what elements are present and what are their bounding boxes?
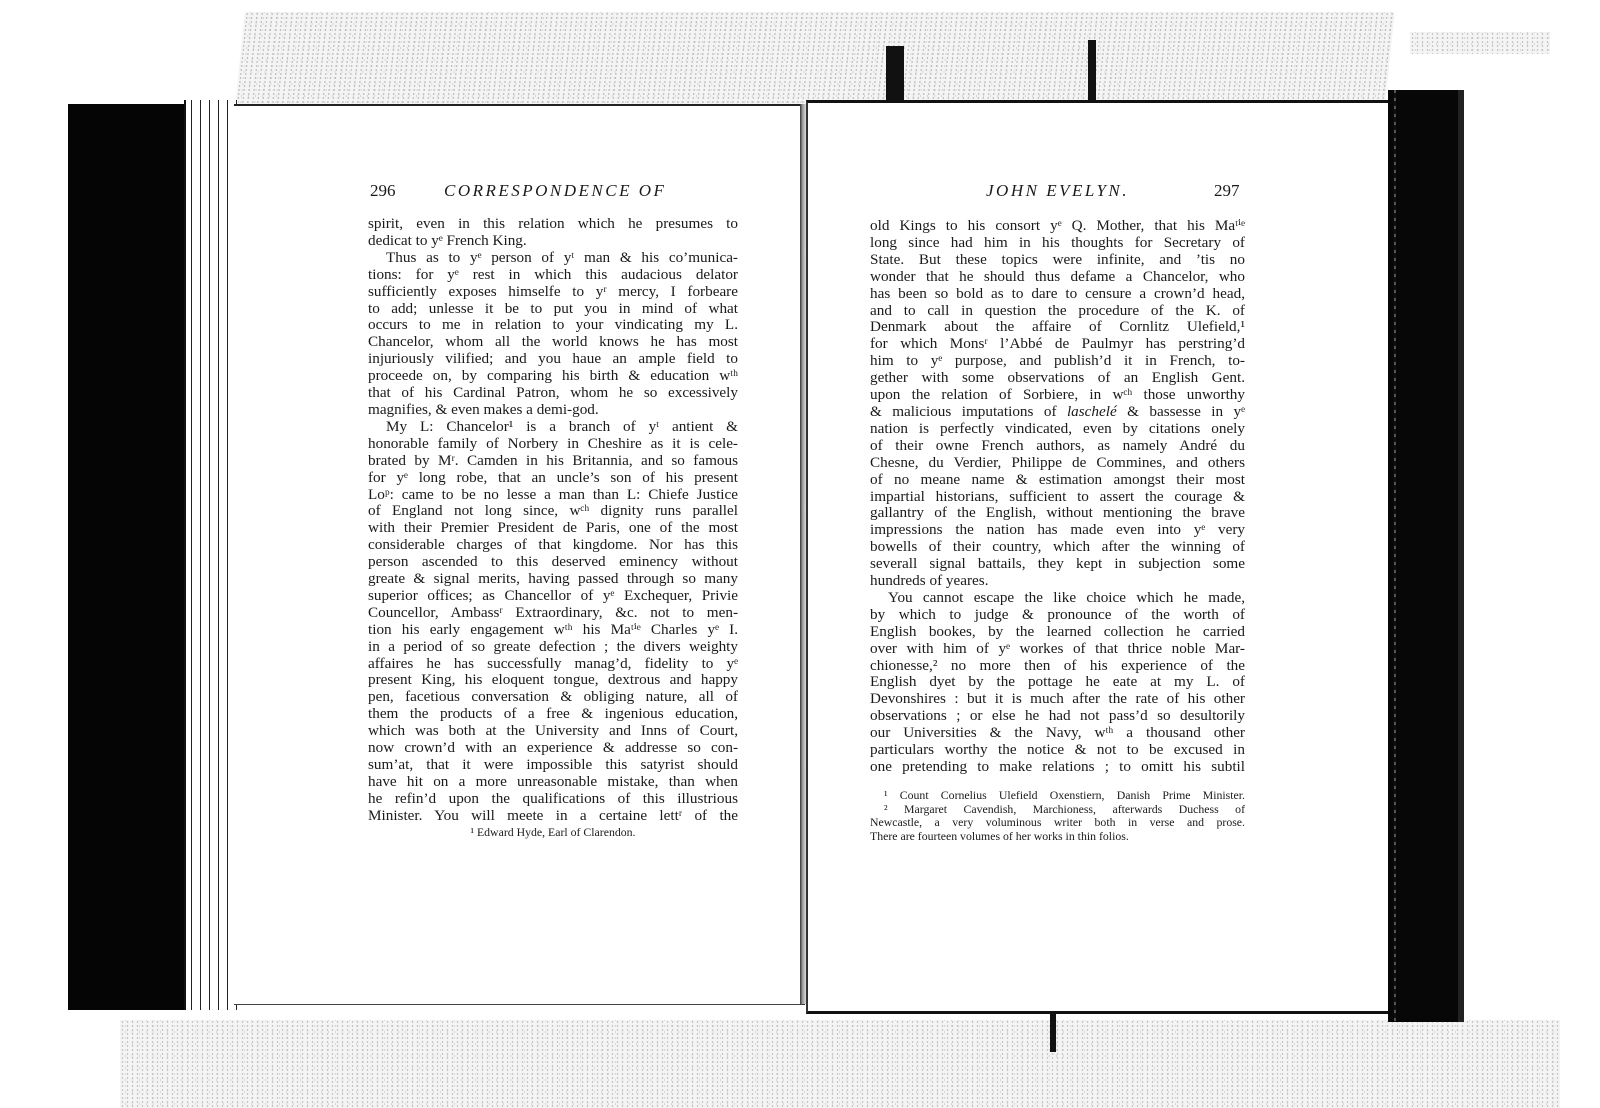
text-line: Thus as to yᵉ person of yᵗ man & his co’… bbox=[368, 250, 738, 267]
text-line: impartial historians, sufficient to asse… bbox=[870, 489, 1245, 506]
text-line: of their owne French authors, as namely … bbox=[870, 438, 1245, 455]
text-line: particulars worthy the notice & not to b… bbox=[870, 742, 1245, 759]
text-line: occurs to me in relation to your vindica… bbox=[368, 317, 738, 334]
text-line: in a period of so greate defection ; the… bbox=[368, 639, 738, 656]
text-line: by which to judge & pronounce of the wor… bbox=[870, 607, 1245, 624]
text-line: gallantry of the English, without mentio… bbox=[870, 505, 1245, 522]
text-line: affaires he has successfully manag’d, fi… bbox=[368, 656, 738, 673]
running-head-text: CORRESPONDENCE OF bbox=[444, 181, 666, 200]
text-line: of no meane name & estimation amongst th… bbox=[870, 472, 1245, 489]
text-line: chionesse,² no more then of his experien… bbox=[870, 658, 1245, 675]
text-line: bowells of their country, which after th… bbox=[870, 539, 1245, 556]
scan-background-top-right bbox=[1410, 32, 1550, 54]
text-line: severall signal battails, they kept in s… bbox=[870, 556, 1245, 573]
text-line: Loᵖ: came to be no lesse a man than L: C… bbox=[368, 487, 738, 504]
text-line: wonder that he should thus defame a Chan… bbox=[870, 269, 1245, 286]
text-line: tions: for yᵉ rest in which this audacio… bbox=[368, 267, 738, 284]
text-line: old Kings to his consort yᵉ Q. Mother, t… bbox=[870, 218, 1245, 235]
page-number-text: 297 bbox=[1214, 181, 1240, 200]
footnote: ¹ Edward Hyde, Earl of Clarendon. bbox=[470, 825, 635, 839]
text-line: that of his Cardinal Patron, whom he so … bbox=[368, 385, 738, 402]
text-line: has been so bold as to dare to censure a… bbox=[870, 286, 1245, 303]
text-line: now crown’d with an experience & address… bbox=[368, 740, 738, 757]
text-line: and to call in question the procedure of… bbox=[870, 303, 1245, 320]
footnote-line: ¹ Count Cornelius Ulefield Oxenstiern, D… bbox=[870, 789, 1245, 803]
text-line: hundreds of yeares. bbox=[870, 573, 1245, 590]
scan-background-bottom bbox=[120, 1020, 1560, 1108]
text-line: one pretending to make relations ; to om… bbox=[870, 759, 1245, 776]
page-number-text: 296 bbox=[370, 181, 396, 200]
text-line: dedicat to yᵉ French King. bbox=[368, 233, 738, 250]
footnote-line: ² Margaret Cavendish, Marchioness, after… bbox=[870, 803, 1245, 817]
bookmark-tab bbox=[886, 46, 904, 102]
text-line: considerable charges of that kingdome. N… bbox=[368, 537, 738, 554]
left-page-body-text: spirit, even in this relation which he p… bbox=[368, 216, 738, 825]
page-number-right: 297 bbox=[1214, 181, 1240, 201]
text-line: Councellor, Ambassʳ Extraordinary, &c. n… bbox=[368, 605, 738, 622]
text-line: which was both at the University and Inn… bbox=[368, 723, 738, 740]
text-line: person ascended to this deserved eminenc… bbox=[368, 554, 738, 571]
text-line: English dyet by the pottage he eate at m… bbox=[870, 674, 1245, 691]
page-number-left: 296 bbox=[370, 181, 396, 201]
text-line: sum’at, that it were impossible this sat… bbox=[368, 757, 738, 774]
text-line: State. But these topics were infinite, a… bbox=[870, 252, 1245, 269]
italic-word: laschelé bbox=[1067, 403, 1117, 420]
footnote-line: There are fourteen volumes of her works … bbox=[870, 830, 1245, 844]
text-line: present King, his eloquent tongue, dextr… bbox=[368, 672, 738, 689]
book-spine-gutter bbox=[800, 104, 806, 1004]
text-line: English bookes, by the learned collectio… bbox=[870, 624, 1245, 641]
book-cover-left bbox=[68, 104, 186, 1010]
text-line: spirit, even in this relation which he p… bbox=[368, 216, 738, 233]
text-line: for which Monsʳ l’Abbé de Paulmyr has pe… bbox=[870, 336, 1245, 353]
bookmark-ribbon bbox=[1050, 1008, 1056, 1052]
text-line: of England not long since, wᶜʰ dignity r… bbox=[368, 503, 738, 520]
book-cover-right bbox=[1388, 90, 1464, 1022]
running-head-right: JOHN EVELYN. bbox=[986, 181, 1129, 201]
text-line: tion his early engagement wᵗʰ his Maᵗⁱᵉ … bbox=[368, 622, 738, 639]
text-line: have hit on a more unreasonable mistake,… bbox=[368, 774, 738, 791]
text-line: greate & signal merits, having passed th… bbox=[368, 571, 738, 588]
text-line: superior offices; as Chancellor of yᵉ Ex… bbox=[368, 588, 738, 605]
footnote-line: Newcastle, a very voluminous writer both… bbox=[870, 816, 1245, 830]
text-line: Minister. You will meete in a certaine l… bbox=[368, 808, 738, 825]
text-line: our Universities & the Navy, wᵗʰ a thous… bbox=[870, 725, 1245, 742]
text-line: magnifies, & even makes a demi-god. bbox=[368, 402, 738, 419]
bookmark-tab bbox=[1088, 40, 1096, 100]
text-line: impressions the nation has made even int… bbox=[870, 522, 1245, 539]
running-head-text: JOHN EVELYN. bbox=[986, 181, 1129, 200]
scan-background-top bbox=[235, 12, 1395, 104]
right-page-footnotes: ¹ Count Cornelius Ulefield Oxenstiern, D… bbox=[870, 789, 1245, 843]
text-line: with their Premier President de Paris, o… bbox=[368, 520, 738, 537]
text-line: brated by Mʳ. Camden in his Britannia, a… bbox=[368, 453, 738, 470]
text-line: long since had him in his thoughts for S… bbox=[870, 235, 1245, 252]
text-line: proceede on, by comparing his birth & ed… bbox=[368, 368, 738, 385]
text-line: & malicious imputations of laschelé & ba… bbox=[870, 404, 1245, 421]
left-page-footnotes: ¹ Edward Hyde, Earl of Clarendon. bbox=[368, 826, 738, 840]
text-line: over with him of yᵉ workes of that thric… bbox=[870, 641, 1245, 658]
text-line: nation is perfectly vindicated, even by … bbox=[870, 421, 1245, 438]
text-line: Denmark about the affaire of Cornlitz Ul… bbox=[870, 319, 1245, 336]
text-line: observations ; or else he had not pass’d… bbox=[870, 708, 1245, 725]
text-line: injuriously vilified; and you haue an am… bbox=[368, 351, 738, 368]
running-head-left: CORRESPONDENCE OF bbox=[444, 181, 666, 201]
text-line: them the products of a free & ingenious … bbox=[368, 706, 738, 723]
text-line: You cannot escape the like choice which … bbox=[870, 590, 1245, 607]
text-line: Chancelor, whom all the world knows he h… bbox=[368, 334, 738, 351]
text-line: Chesne, du Verdier, Philippe de Commines… bbox=[870, 455, 1245, 472]
text-line: to add; unlesse it be to put you in mind… bbox=[368, 301, 738, 318]
right-page-body-text: old Kings to his consort yᵉ Q. Mother, t… bbox=[870, 218, 1245, 776]
text-line: upon the relation of Sorbiere, in wᶜʰ th… bbox=[870, 387, 1245, 404]
text-line: him to yᵉ purpose, and publish’d it in F… bbox=[870, 353, 1245, 370]
text-line: sufficiently exposes himselfe to yʳ merc… bbox=[368, 284, 738, 301]
page-edges-left bbox=[184, 100, 238, 1010]
text-line: he refin’d upon the qualifications of th… bbox=[368, 791, 738, 808]
text-line: for yᵉ long robe, that an uncle’s son of… bbox=[368, 470, 738, 487]
text-line: My L: Chancelor¹ is a branch of yᵗ antie… bbox=[368, 419, 738, 436]
text-line: pen, facetious conversation & obliging n… bbox=[368, 689, 738, 706]
text-line: honorable family of Norbery in Cheshire … bbox=[368, 436, 738, 453]
text-line: Devonshires : but it is much after the r… bbox=[870, 691, 1245, 708]
text-line: gether with some observations of an Engl… bbox=[870, 370, 1245, 387]
